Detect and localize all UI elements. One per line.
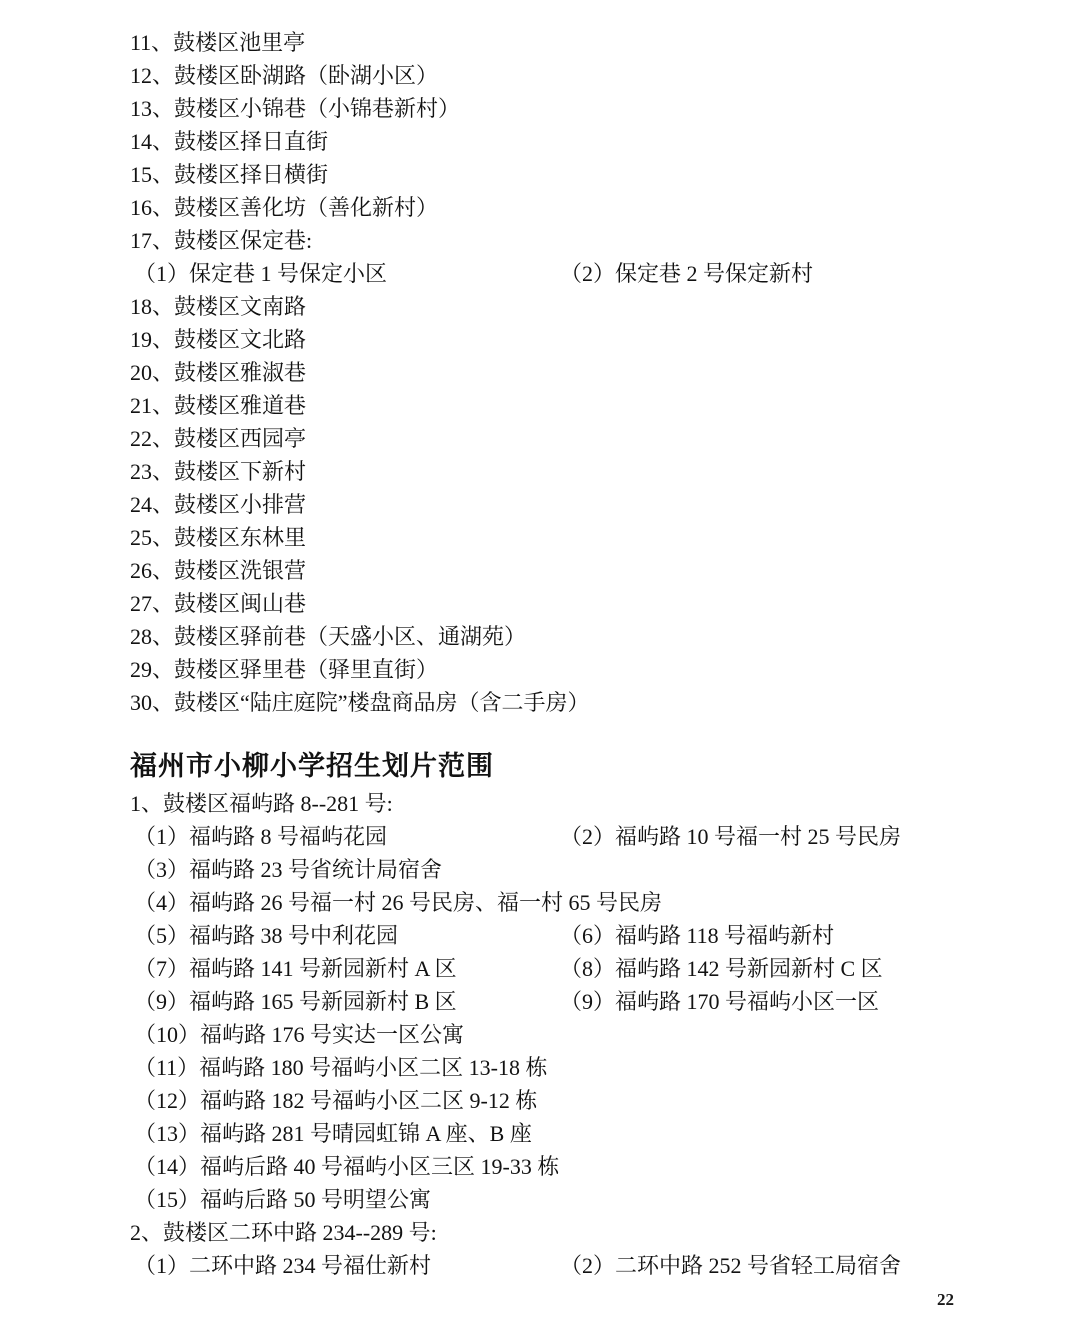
list-line: （9）福屿路 165 号新园新村 B 区（9）福屿路 170 号福屿小区一区 — [130, 985, 1080, 1018]
list-line: 23、鼓楼区下新村 — [130, 455, 1080, 488]
list-line: 13、鼓楼区小锦巷（小锦巷新村） — [130, 92, 1080, 125]
list-line-right: （8）福屿路 142 号新园新村 C 区 — [560, 952, 883, 985]
list-line: 30、鼓楼区“陆庄庭院”楼盘商品房（含二手房） — [130, 686, 1080, 719]
list-line: 20、鼓楼区雅淑巷 — [130, 356, 1080, 389]
page-number: 22 — [937, 1290, 954, 1310]
list-line: 11、鼓楼区池里亭 — [130, 26, 1080, 59]
list-line: 16、鼓楼区善化坊（善化新村） — [130, 191, 1080, 224]
list-line: （1）保定巷 1 号保定小区（2）保定巷 2 号保定新村 — [130, 257, 1080, 290]
district-list-gulou: 11、鼓楼区池里亭12、鼓楼区卧湖路（卧湖小区）13、鼓楼区小锦巷（小锦巷新村）… — [130, 26, 1080, 719]
list-line: （12）福屿路 182 号福屿小区二区 9-12 栋 — [130, 1084, 1080, 1117]
list-line: 14、鼓楼区择日直街 — [130, 125, 1080, 158]
list-line: 25、鼓楼区东林里 — [130, 521, 1080, 554]
list-line-right: （2）保定巷 2 号保定新村 — [560, 257, 813, 290]
list-line: （10）福屿路 176 号实达一区公寓 — [130, 1018, 1080, 1051]
list-line: 19、鼓楼区文北路 — [130, 323, 1080, 356]
district-list-xiaoliu: 1、鼓楼区福屿路 8--281 号:（1）福屿路 8 号福屿花园（2）福屿路 1… — [130, 787, 1080, 1282]
list-line-right: （2）福屿路 10 号福一村 25 号民房 — [560, 820, 901, 853]
list-line: 15、鼓楼区择日横街 — [130, 158, 1080, 191]
list-line: 12、鼓楼区卧湖路（卧湖小区） — [130, 59, 1080, 92]
list-line: （4）福屿路 26 号福一村 26 号民房、福一村 65 号民房 — [130, 886, 1080, 919]
document-content: 11、鼓楼区池里亭12、鼓楼区卧湖路（卧湖小区）13、鼓楼区小锦巷（小锦巷新村）… — [0, 0, 1080, 1282]
list-line: （14）福屿后路 40 号福屿小区三区 19-33 栋 — [130, 1150, 1080, 1183]
list-line: （5）福屿路 38 号中利花园（6）福屿路 118 号福屿新村 — [130, 919, 1080, 952]
list-line-left: （5）福屿路 38 号中利花园 — [134, 919, 560, 952]
list-line: （1）二环中路 234 号福仕新村（2）二环中路 252 号省轻工局宿舍 — [130, 1249, 1080, 1282]
list-line: 18、鼓楼区文南路 — [130, 290, 1080, 323]
list-line-left: （7）福屿路 141 号新园新村 A 区 — [134, 952, 560, 985]
list-line-right: （6）福屿路 118 号福屿新村 — [560, 919, 834, 952]
list-line: 21、鼓楼区雅道巷 — [130, 389, 1080, 422]
list-line: 24、鼓楼区小排营 — [130, 488, 1080, 521]
list-line: （7）福屿路 141 号新园新村 A 区（8）福屿路 142 号新园新村 C 区 — [130, 952, 1080, 985]
list-line-left: （9）福屿路 165 号新园新村 B 区 — [134, 985, 560, 1018]
list-line: 2、鼓楼区二环中路 234--289 号: — [130, 1216, 1080, 1249]
list-line: （3）福屿路 23 号省统计局宿舍 — [130, 853, 1080, 886]
list-line-left: （1）福屿路 8 号福屿花园 — [134, 820, 560, 853]
list-line-right: （9）福屿路 170 号福屿小区一区 — [560, 985, 879, 1018]
list-line: 27、鼓楼区闽山巷 — [130, 587, 1080, 620]
list-line: 29、鼓楼区驿里巷（驿里直街） — [130, 653, 1080, 686]
list-line: 17、鼓楼区保定巷: — [130, 224, 1080, 257]
list-line: （1）福屿路 8 号福屿花园（2）福屿路 10 号福一村 25 号民房 — [130, 820, 1080, 853]
section-heading: 福州市小柳小学招生划片范围 — [130, 745, 1080, 787]
list-line: （11）福屿路 180 号福屿小区二区 13-18 栋 — [130, 1051, 1080, 1084]
list-line: 28、鼓楼区驿前巷（天盛小区、通湖苑） — [130, 620, 1080, 653]
document-page: 11、鼓楼区池里亭12、鼓楼区卧湖路（卧湖小区）13、鼓楼区小锦巷（小锦巷新村）… — [0, 0, 1080, 1334]
list-line: 26、鼓楼区洗银营 — [130, 554, 1080, 587]
list-line: （13）福屿路 281 号晴园虹锦 A 座、B 座 — [130, 1117, 1080, 1150]
list-line: （15）福屿后路 50 号明望公寓 — [130, 1183, 1080, 1216]
list-line-left: （1）二环中路 234 号福仕新村 — [134, 1249, 560, 1282]
list-line-right: （2）二环中路 252 号省轻工局宿舍 — [560, 1249, 901, 1282]
list-line-left: （1）保定巷 1 号保定小区 — [134, 257, 560, 290]
list-line: 22、鼓楼区西园亭 — [130, 422, 1080, 455]
list-line: 1、鼓楼区福屿路 8--281 号: — [130, 787, 1080, 820]
